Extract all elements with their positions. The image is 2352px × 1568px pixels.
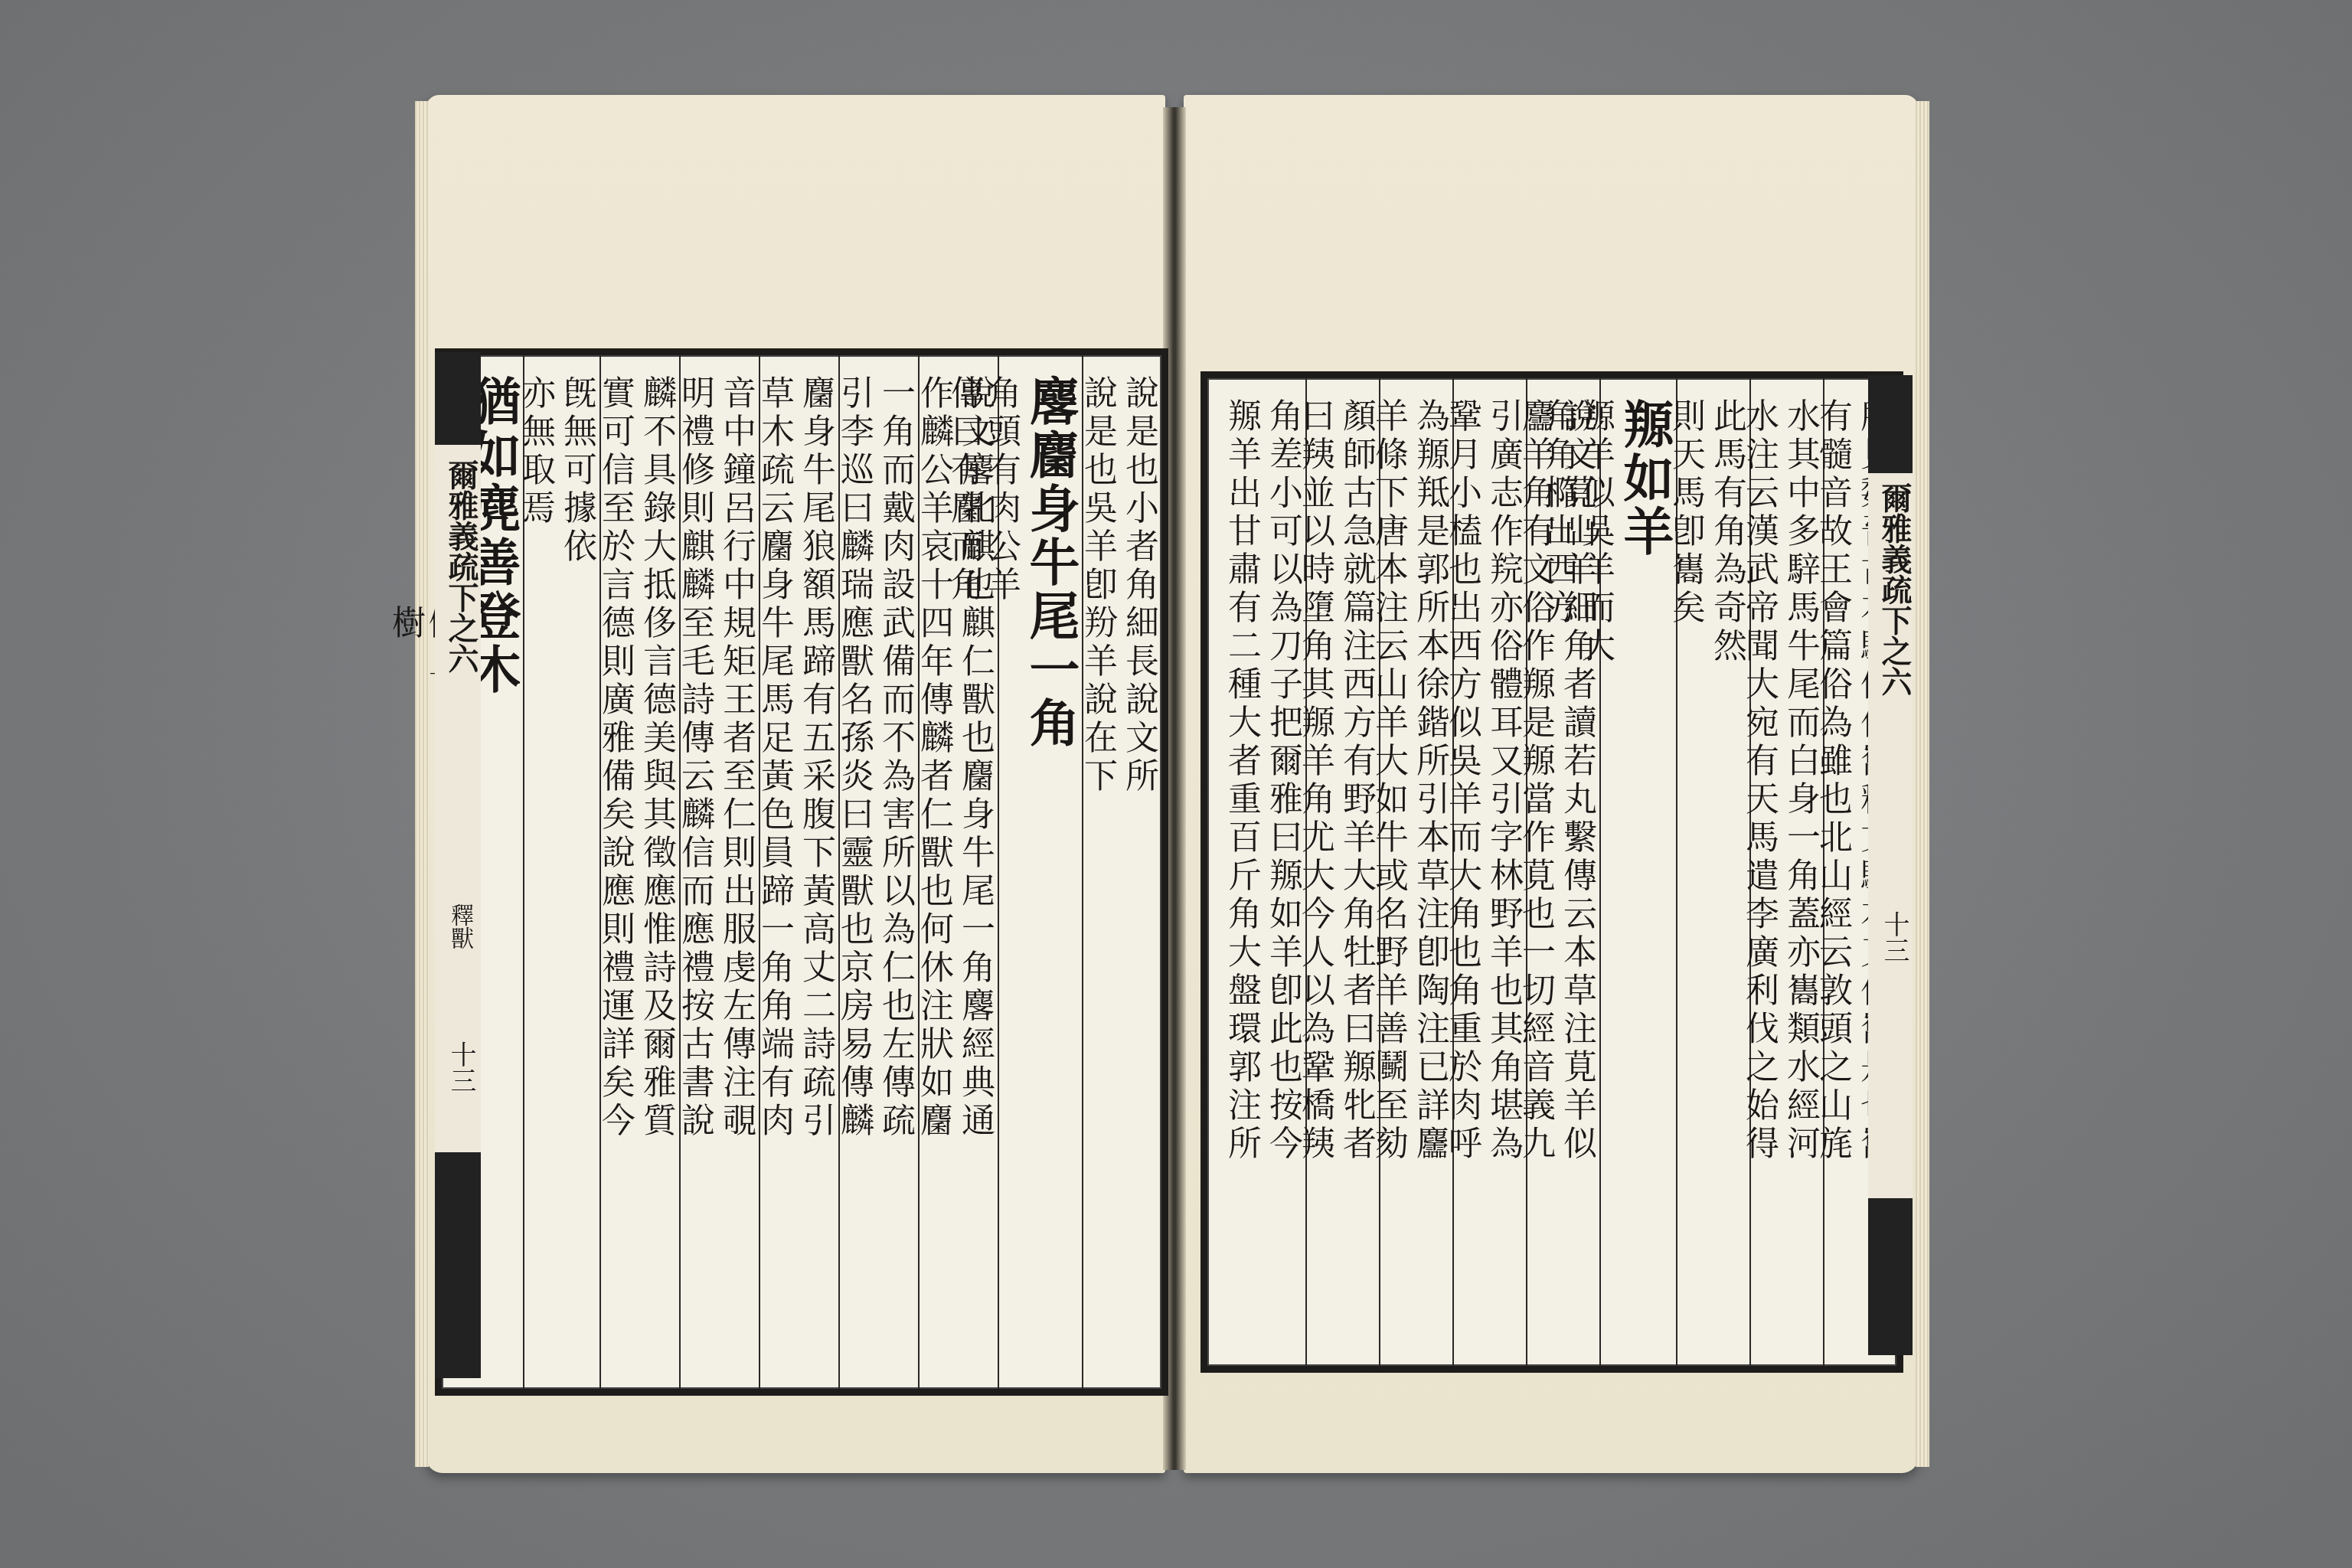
text-column: 說是也小者角細長說文所 說是也吳羊卽羒羊說在下	[1082, 355, 1161, 1389]
text-column: 麕身牛尾狼額馬蹄有五采腹下黃高丈二詩疏引 草木疏云麕身牛尾馬足黃色員蹄一角角端有…	[759, 355, 838, 1389]
commentary-line: 說文麐牝麒也麒仁獸也麕身牛尾一角麐經典通	[958, 375, 991, 1141]
left-print-frame: 說是也小者角細長說文所 說是也吳羊卽羒羊說在下 麐麕身牛尾一角 角頭有肉公羊 傳…	[435, 348, 1168, 1396]
entry-heading: 麐麕身牛尾一角	[1025, 375, 1076, 750]
commentary-line: 實可信至於言德則廣雅備矣說應則禮運詳矣今	[598, 375, 632, 1141]
text-column: 說文麐牝麒也麒仁獸也麕身牛尾一角麐經典通 作麟公羊哀十四年傳麟者仁獸也何休注狀如…	[918, 355, 998, 1389]
left-centre-fold: 爾雅義疏下之六 釋獸 十三	[435, 352, 481, 1378]
text-column: 角差小可以為刀子把爾雅曰羱如羊卽此也按今 羱羊出甘肅有二種大者重百斤角大盤環郭注…	[1207, 378, 1305, 1366]
page-stack-edge	[1916, 101, 1929, 1467]
text-column: 音中鐘呂行中規矩王者至仁則出服虔左傳注覗 明禮修則麒麟至毛詩傳云麟信而應禮按古書…	[679, 355, 759, 1389]
commentary-line: 明禮修則麒麟至毛詩傳云麟信而應禮按古書說	[678, 375, 711, 1141]
text-column: 說文莧山羊細角者讀若丸繫傳云本草注莧羊似 麢羊角有文俗作羱是羱當作莧也一切經音義…	[1526, 378, 1599, 1366]
text-column: 麐麕身牛尾一角 角頭有肉公羊 傳曰有麕而角	[998, 355, 1082, 1389]
commentary-line: 說是也小者角細長說文所	[1122, 375, 1155, 796]
text-column: 顏師古急就篇注西方有野羊大角牡者曰羱牝者 曰羠並以時墮角其羱羊角尤大今人以為鞏橋…	[1305, 378, 1379, 1366]
commentary-line: 作麟公羊哀十四年傳麟者仁獸也何休注狀如麕	[916, 375, 950, 1141]
fold-title: 爾雅義疏下之六	[439, 459, 483, 674]
commentary-line: 亦無取焉	[518, 375, 552, 567]
commentary-line: 角差小可以為刀子把爾雅曰羱如羊卽此也按今	[1266, 398, 1299, 1164]
text-column: 此馬有角為奇然 則天馬卽巂矣	[1676, 378, 1749, 1366]
commentary-line: 為羱羝是郭所本徐鍇所引本草注卽陶注已詳麢	[1413, 398, 1446, 1164]
text-column: 麟不具錄大抵侈言德美與其徵應惟詩及爾雅質 實可信至於言德則廣雅備矣說應則禮運詳矣…	[599, 355, 679, 1389]
commentary-line: 麕身牛尾狼額馬蹄有五采腹下黃高丈二詩疏引	[799, 375, 832, 1141]
commentary-line: 此馬有角為奇然	[1710, 398, 1743, 666]
commentary-line: 引廣志作羦亦俗體耳又引字林野羊也其角堪為	[1486, 398, 1520, 1164]
text-column: 羱如羊 羱羊似吳羊而大 角角橢出西方	[1599, 378, 1676, 1366]
page-number: 十三	[443, 1041, 480, 1093]
commentary-line: 一角而戴肉設武備而不為害所以為仁也左傳疏	[878, 375, 912, 1141]
commentary-line: 旣無可據依	[560, 375, 593, 567]
page-number: 十三	[1876, 911, 1913, 963]
commentary-line: 麟不具錄大抵侈言德美與其徵應惟詩及爾雅質	[639, 375, 673, 1141]
commentary-line: 音中鐘呂行中規矩王者至仁則出服虔左傳注覗	[719, 375, 753, 1141]
commentary-line: 顏師古急就篇注西方有野羊大角牡者曰羱牝者	[1339, 398, 1373, 1164]
entry-heading: 羱如羊	[1619, 398, 1670, 666]
commentary-line: 引李巡曰麟瑞應獸名孫炎曰靈獸也京房易傳麟	[837, 375, 871, 1141]
text-column: 水其中多騂馬牛尾而白身一角蓋亦巂類水經河 水注云漢武帝聞大宛有天馬遣李廣利伐之始…	[1749, 378, 1823, 1366]
text-column: 引廣志作羦亦俗體耳又引字林野羊也其角堪為 鞏月小榼也出西方似吳羊而大角也角重於肉…	[1452, 378, 1526, 1366]
commentary-line: 草木疏云麕身牛尾馬足黃色員蹄一角角端有肉	[757, 375, 791, 1141]
text-column: 一角而戴肉設武備而不為害所以為仁也左傳疏 引李巡曰麟瑞應獸名孫炎曰靈獸也京房易傳…	[838, 355, 918, 1389]
commentary-line: 水其中多騂馬牛尾而白身一角蓋亦巂類水經河	[1783, 398, 1817, 1164]
text-column: 為羱羝是郭所本徐鍇所引本草注卽陶注已詳麢 羊條下唐本注云山羊大如牛或名野羊善鬭至…	[1379, 378, 1452, 1366]
right-centre-fold: 爾雅義疏下之六 十三	[1868, 375, 1913, 1355]
right-print-frame: 所見魏晉古本驕俱作巂釋文驕本又作巂是也巂 有髓音故王會篇俗為雖也北山經云敦頭之山…	[1200, 371, 1903, 1373]
commentary-line: 羱羊出甘肅有二種大者重百斤角大盤環郭注所	[1224, 398, 1258, 1164]
page-stack-edge	[415, 101, 429, 1467]
commentary-line: 樹	[388, 605, 422, 697]
fold-section: 釋獸	[443, 903, 476, 949]
fold-title: 爾雅義疏下之六	[1873, 482, 1916, 697]
commentary-line: 說是也吳羊卽羒羊說在下	[1080, 375, 1114, 796]
commentary-line: 說文莧山羊細角者讀若丸繫傳云本草注莧羊似	[1560, 398, 1593, 1164]
text-column: 旣無可據依 亦無取焉	[523, 355, 599, 1389]
